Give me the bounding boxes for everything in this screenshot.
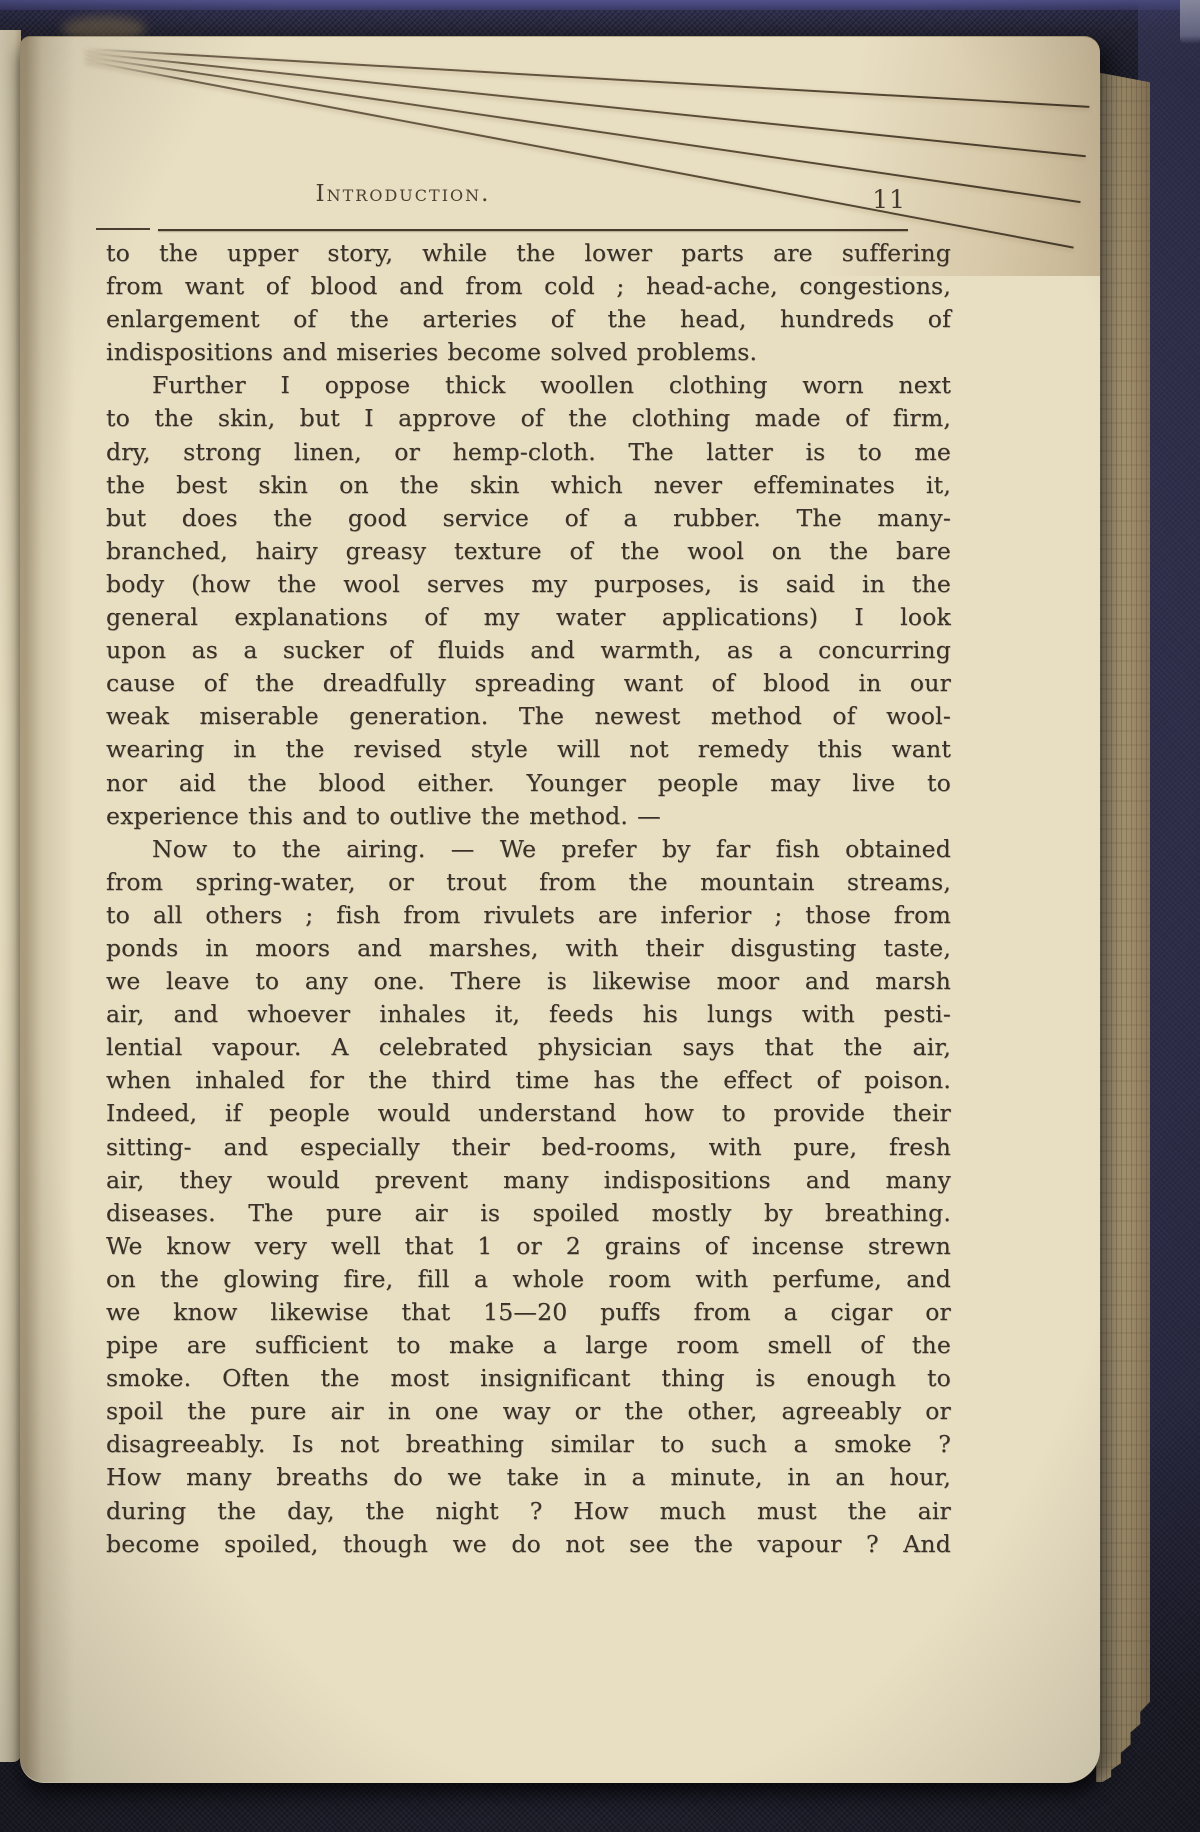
text-line: to the skin, but I approve of the clothi… xyxy=(106,402,951,435)
text-line: enlargement of the arteries of the head,… xyxy=(106,303,951,336)
text-line: How many breaths do we take in a minute,… xyxy=(106,1461,951,1494)
text-line: the best skin on the skin which never ef… xyxy=(106,469,951,502)
text-line: when inhaled for the third time has the … xyxy=(106,1064,951,1097)
text-line: upon as a sucker of fluids and warmth, a… xyxy=(106,634,951,667)
text-line: body (how the wool serves my purposes, i… xyxy=(106,568,951,601)
text-line: spoil the pure air in one way or the oth… xyxy=(106,1395,951,1428)
text-line: weak miserable generation. The newest me… xyxy=(106,700,951,733)
text-line: dry, strong linen, or hemp-cloth. The la… xyxy=(106,436,951,469)
text-line: we know likewise that 15—20 puffs from a… xyxy=(106,1296,951,1329)
text-line: ponds in moors and marshes, with their d… xyxy=(106,932,951,965)
page-number: 11 xyxy=(818,185,906,214)
text-line: air, and whoever inhales it, feeds his l… xyxy=(106,998,951,1031)
text-line: from spring-water, or trout from the mou… xyxy=(106,866,951,899)
body-text: to the upper story, while the lower part… xyxy=(106,237,951,1561)
text-line: sitting- and especially their bed-rooms,… xyxy=(106,1131,951,1164)
text-line: disagreeably. Is not breathing similar t… xyxy=(106,1428,951,1461)
text-line: but does the good service of a rubber. T… xyxy=(106,502,951,535)
cover-top-edge-highlight xyxy=(0,0,1200,10)
header-rule xyxy=(158,229,908,231)
text-line: on the glowing fire, fill a whole room w… xyxy=(106,1263,951,1296)
text-line: nor aid the blood either. Younger people… xyxy=(106,767,951,800)
text-line: to the upper story, while the lower part… xyxy=(106,237,951,270)
text-line: cause of the dreadfully spreading want o… xyxy=(106,667,951,700)
book-photo: Introduction. 11 to the upper story, whi… xyxy=(0,0,1200,1832)
text-line: branched, hairy greasy texture of the wo… xyxy=(106,535,951,568)
text-line: wearing in the revised style will not re… xyxy=(106,733,951,766)
facing-page-edge xyxy=(0,30,21,1762)
header-rule-dash xyxy=(96,228,150,230)
text-line: We know very well that 1 or 2 grains of … xyxy=(106,1230,951,1263)
running-header-title: Introduction. xyxy=(278,181,528,207)
text-line: indispositions and miseries become solve… xyxy=(106,336,951,369)
text-line: Indeed, if people would understand how t… xyxy=(106,1097,951,1130)
text-line: Now to the airing. — We prefer by far fi… xyxy=(106,833,951,866)
text-line: smoke. Often the most insignificant thin… xyxy=(106,1362,951,1395)
text-line: we leave to any one. There is likewise m… xyxy=(106,965,951,998)
text-line: general explanations of my water applica… xyxy=(106,601,951,634)
cover-corner-wear xyxy=(1180,0,1200,44)
text-line: become spoiled, though we do not see the… xyxy=(106,1528,951,1561)
text-line: pipe are sufficient to make a large room… xyxy=(106,1329,951,1362)
text-line: diseases. The pure air is spoiled mostly… xyxy=(106,1197,951,1230)
page-stack-fore-edge xyxy=(1096,72,1150,1782)
text-line: to all others ; fish from rivulets are i… xyxy=(106,899,951,932)
text-line: during the day, the night ? How much mus… xyxy=(106,1495,951,1528)
text-line: experience this and to outlive the metho… xyxy=(106,800,951,833)
text-line: air, they would prevent many indispositi… xyxy=(106,1164,951,1197)
gutter-shadow xyxy=(20,36,80,1782)
text-line: Further I oppose thick woollen clothing … xyxy=(106,369,951,402)
text-line: lential vapour. A celebrated physician s… xyxy=(106,1031,951,1064)
text-line: from want of blood and from cold ; head-… xyxy=(106,270,951,303)
